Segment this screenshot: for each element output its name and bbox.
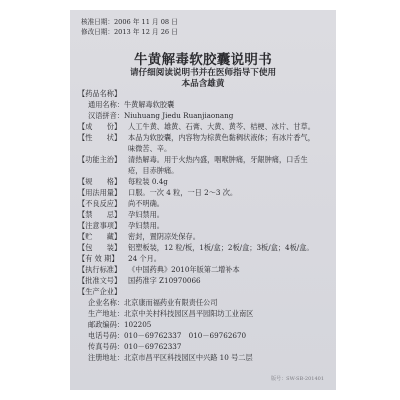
generic-name: 通用名称：牛黄解毒软胶囊 (88, 99, 174, 111)
leaflet-paper: 核准日期：2006 年 11 月 08 日 修改日期：2013 年 12 月 2… (70, 10, 336, 390)
section-shelf-life: 【有 效 期】24 个月。 (78, 253, 330, 265)
manufacturer-fax: 传真号码：010－69762337 (88, 341, 181, 353)
section-contraindications: 【禁 忌】孕妇禁用。 (78, 209, 330, 221)
section-adverse-reactions: 【不良反应】尚不明确。 (78, 198, 330, 210)
section-standard: 【执行标准】《中国药典》2010年版第二增补本 (78, 264, 330, 276)
manufacturer-name: 企业名称：北京康而福药业有限责任公司 (88, 297, 217, 309)
manufacturer-address: 生产地址：北京中关村科技园区昌平园阳坊工业南区 (88, 308, 253, 320)
manufacturer-postcode: 邮政编码：102205 (88, 319, 151, 331)
section-indications: 【功能主治】清热解毒。用于火热内盛，咽喉肿痛，牙龈肿痛，口舌生 (78, 154, 330, 166)
section-indications-cont: 疮，目赤肿痛。 (128, 165, 178, 177)
revision-date: 修改日期：2013 年 12 月 26 日 (81, 28, 178, 36)
section-ingredients: 【成 份】人工牛黄、雄黄、石膏、大黄、黄芩、桔梗、冰片、甘草。 (78, 121, 330, 133)
section-precautions: 【注意事项】孕妇禁用。 (78, 220, 330, 232)
section-manufacturer: 【生产企业】 (78, 286, 330, 298)
pinyin: 汉语拼音：Niuhuang Jiedu Ruanjiaonang (88, 110, 233, 122)
manufacturer-phone: 电话号码：010－69762337 010－69762670 (88, 330, 246, 342)
version-number: 版号：SW-SB-201401 (271, 375, 324, 382)
section-specification: 【规 格】每粒装 0.4g (78, 176, 330, 188)
section-storage: 【贮 藏】密封，置阴凉处保存。 (78, 231, 330, 243)
manufacturer-registered-address: 注册地址：北京市昌平区科技园区中兴路 10 号二层 (88, 352, 253, 364)
section-description-cont: 味微苦、辛。 (128, 143, 171, 155)
section-approval-number: 【批准文号】国药准字 Z10970066 (78, 275, 330, 287)
document-title: 牛黄解毒软胶囊说明书 (70, 48, 336, 68)
drug-name-header: 【药品名称】 (78, 88, 330, 100)
section-description: 【性 状】本品为软胶囊，内容物为棕黄色黏稠状液体；有冰片香气， (78, 132, 330, 144)
section-packaging: 【包 装】铝塑板装，12 粒/板，1板/盒；2板/盒；3板/盒；4板/盒。 (78, 242, 330, 254)
section-dosage: 【用法用量】口服。一次 4 粒，一日 2～3 次。 (78, 187, 330, 199)
approval-date: 核准日期：2006 年 11 月 08 日 (81, 18, 178, 26)
